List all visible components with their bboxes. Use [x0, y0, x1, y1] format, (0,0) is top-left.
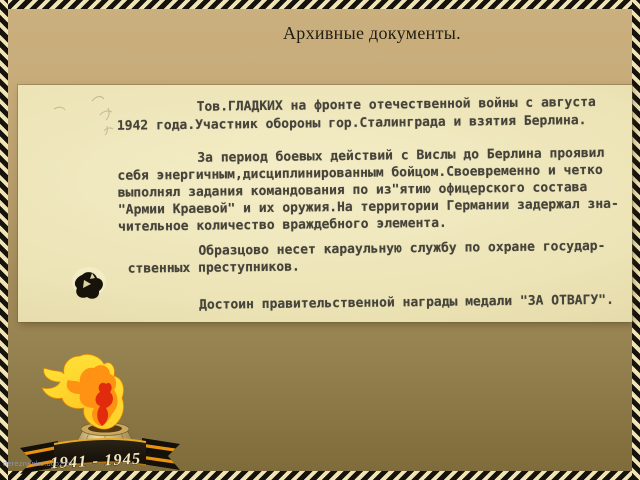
doc-line: чительное количество враждебного элемент…: [118, 216, 447, 235]
flame-icon: [42, 354, 124, 429]
doc-line: ственных преступников.: [128, 260, 300, 277]
typewritten-text-block: Тов.ГЛАДКИХ на фронте отечественной войн…: [16, 81, 633, 325]
striped-border-right: [632, 0, 640, 480]
watermark-url: dereznenko.ucoz.ru: [3, 459, 72, 468]
archival-document-image: Тов.ГЛАДКИХ на фронте отечественной войн…: [18, 85, 632, 322]
doc-line: 1942 года.Участник обороны гор.Сталингра…: [117, 113, 587, 134]
striped-border-top: [0, 0, 640, 9]
striped-border-left: [0, 0, 8, 480]
eternal-flame-emblem: 1941 - 1945: [18, 350, 182, 476]
presentation-slide: Архивные документы. Тов.ГЛАДКИХ на фронт…: [0, 0, 640, 480]
slide-title: Архивные документы.: [283, 23, 461, 44]
st-george-ribbon-icon: 1941 - 1945: [18, 438, 182, 474]
doc-line: Тов.ГЛАДКИХ на фронте отечественной войн…: [197, 95, 596, 115]
doc-line: Образцово несет караульную службу по охр…: [198, 239, 605, 259]
doc-line: Достоин правительственной награды медали…: [199, 293, 614, 313]
